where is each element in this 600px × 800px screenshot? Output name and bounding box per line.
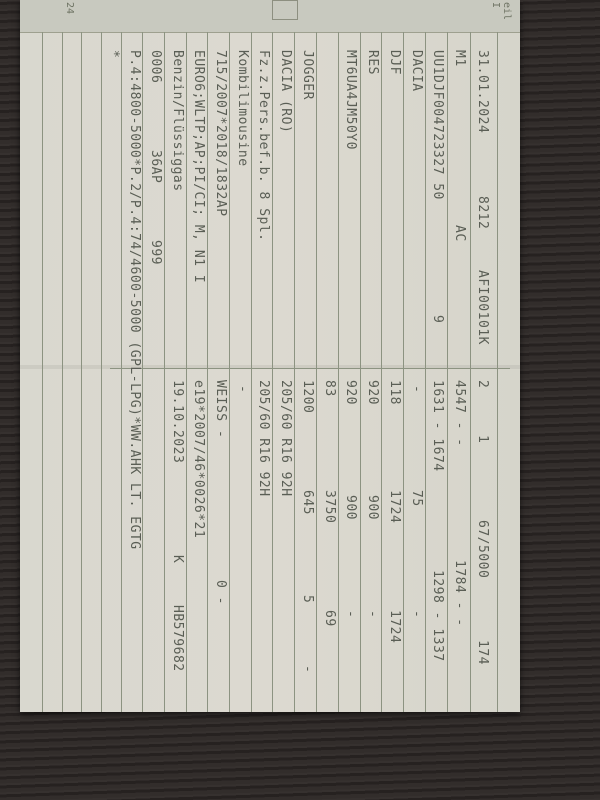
field-E: UU1DJF004723327 50 [430,50,445,200]
field-15-2: 205/60 R16 92H [256,380,271,497]
field-2-1: 8212 [475,196,490,229]
field-P3: Benzin/Flüssiggas [170,50,185,192]
field-17: K [170,555,185,563]
page-separator [110,368,510,369]
field-14-1: 36AP [148,150,163,183]
flap-fragment-right: eil I [490,2,512,32]
rule [207,32,208,712]
field-3: 9 [430,315,445,323]
field-U2: 3750 [322,490,337,523]
field-J: M1 [452,50,467,67]
field-U1: 83 [322,380,337,397]
field-9: 1 [475,435,490,443]
field-asterisk: * [106,50,121,58]
rule [101,32,102,712]
rule [251,32,252,712]
field-G: 1298 - 1337 [430,570,445,662]
field-D1: DACIA [409,50,424,92]
field-Q: - [409,610,424,618]
field-I: 31.01.2024 [475,50,490,133]
rule [121,32,122,712]
field-D2c: MT6UA4JM50Y0 [343,50,358,150]
field-19: 1784 - - [452,560,467,627]
field-8-2: 900 [343,495,358,520]
rule [316,32,317,712]
rule [62,32,63,712]
field-10: 0006 [148,50,163,83]
field-20: 1631 - 1674 [430,380,445,472]
field-D3: JOGGER [300,50,315,100]
field-P1: 999 [148,240,163,265]
field-T: 174 [475,640,490,665]
field-L: 2 [475,380,490,388]
field-R: WEISS - [213,380,228,438]
flap-box [272,0,298,20]
rule [425,32,426,712]
flap-fragment-left: 24 [64,2,75,14]
field-18: 4547 - - [452,380,467,447]
rule [470,32,471,712]
field-6: 19.10.2023 [170,380,185,463]
rule [447,32,448,712]
field-2-2: AFI00101K [475,270,490,345]
rule [142,32,143,712]
field-O1: 1200 [300,380,315,413]
field-D2b: RES [365,50,380,75]
field-D2: DJF [387,50,402,75]
field-7-3: - [365,610,380,618]
rule [403,32,404,712]
field-7-2: 900 [365,495,380,520]
rule [381,32,382,712]
field-22: P.4:4800-5000*P.2/P.4:74/4600-5000 (GPL-… [127,50,142,550]
rule [42,32,43,712]
field-O2: 645 [300,490,315,515]
rule [360,32,361,712]
field-K: e19*2007/46*0026*21 [191,380,206,538]
field-8-3: - [343,610,358,618]
document-cover-flap: 24 eil I [20,0,520,33]
field-7-1: 920 [365,380,380,405]
field-16: HB579682 [170,605,185,672]
field-5b: Kombilimousine [235,50,250,167]
field-2: DACIA (RO) [278,50,293,133]
rule [186,32,187,712]
field-12: - [409,385,424,393]
field-8-1: 920 [343,380,358,405]
field-15-3: - [235,385,250,393]
field-P2-P4: 67/5000 [475,520,490,578]
rule [294,32,295,712]
field-15-1: 205/60 R16 92H [278,380,293,497]
field-U3: 69 [322,610,337,627]
field-4: AC [452,225,467,242]
rule [497,32,498,712]
rule [81,32,82,712]
rule [164,32,165,712]
field-S2: - [300,665,315,673]
field-V7: 118 [387,380,402,405]
field-5: Fz.z.Pers.bef.b. 8 Spl. [256,50,271,242]
field-11: 0 - [213,580,228,605]
rule [272,32,273,712]
field-V9: 715/2007*2018/1832AP [213,50,228,217]
field-13: 75 [409,490,424,507]
field-S1: 5 [300,595,315,603]
rule [338,32,339,712]
field-F1: 1724 [387,490,402,523]
field-14: EURO6;WLTP;AP;PI/CI; M, N1 I [191,50,206,283]
rule [229,32,230,712]
field-F2: 1724 [387,610,402,643]
